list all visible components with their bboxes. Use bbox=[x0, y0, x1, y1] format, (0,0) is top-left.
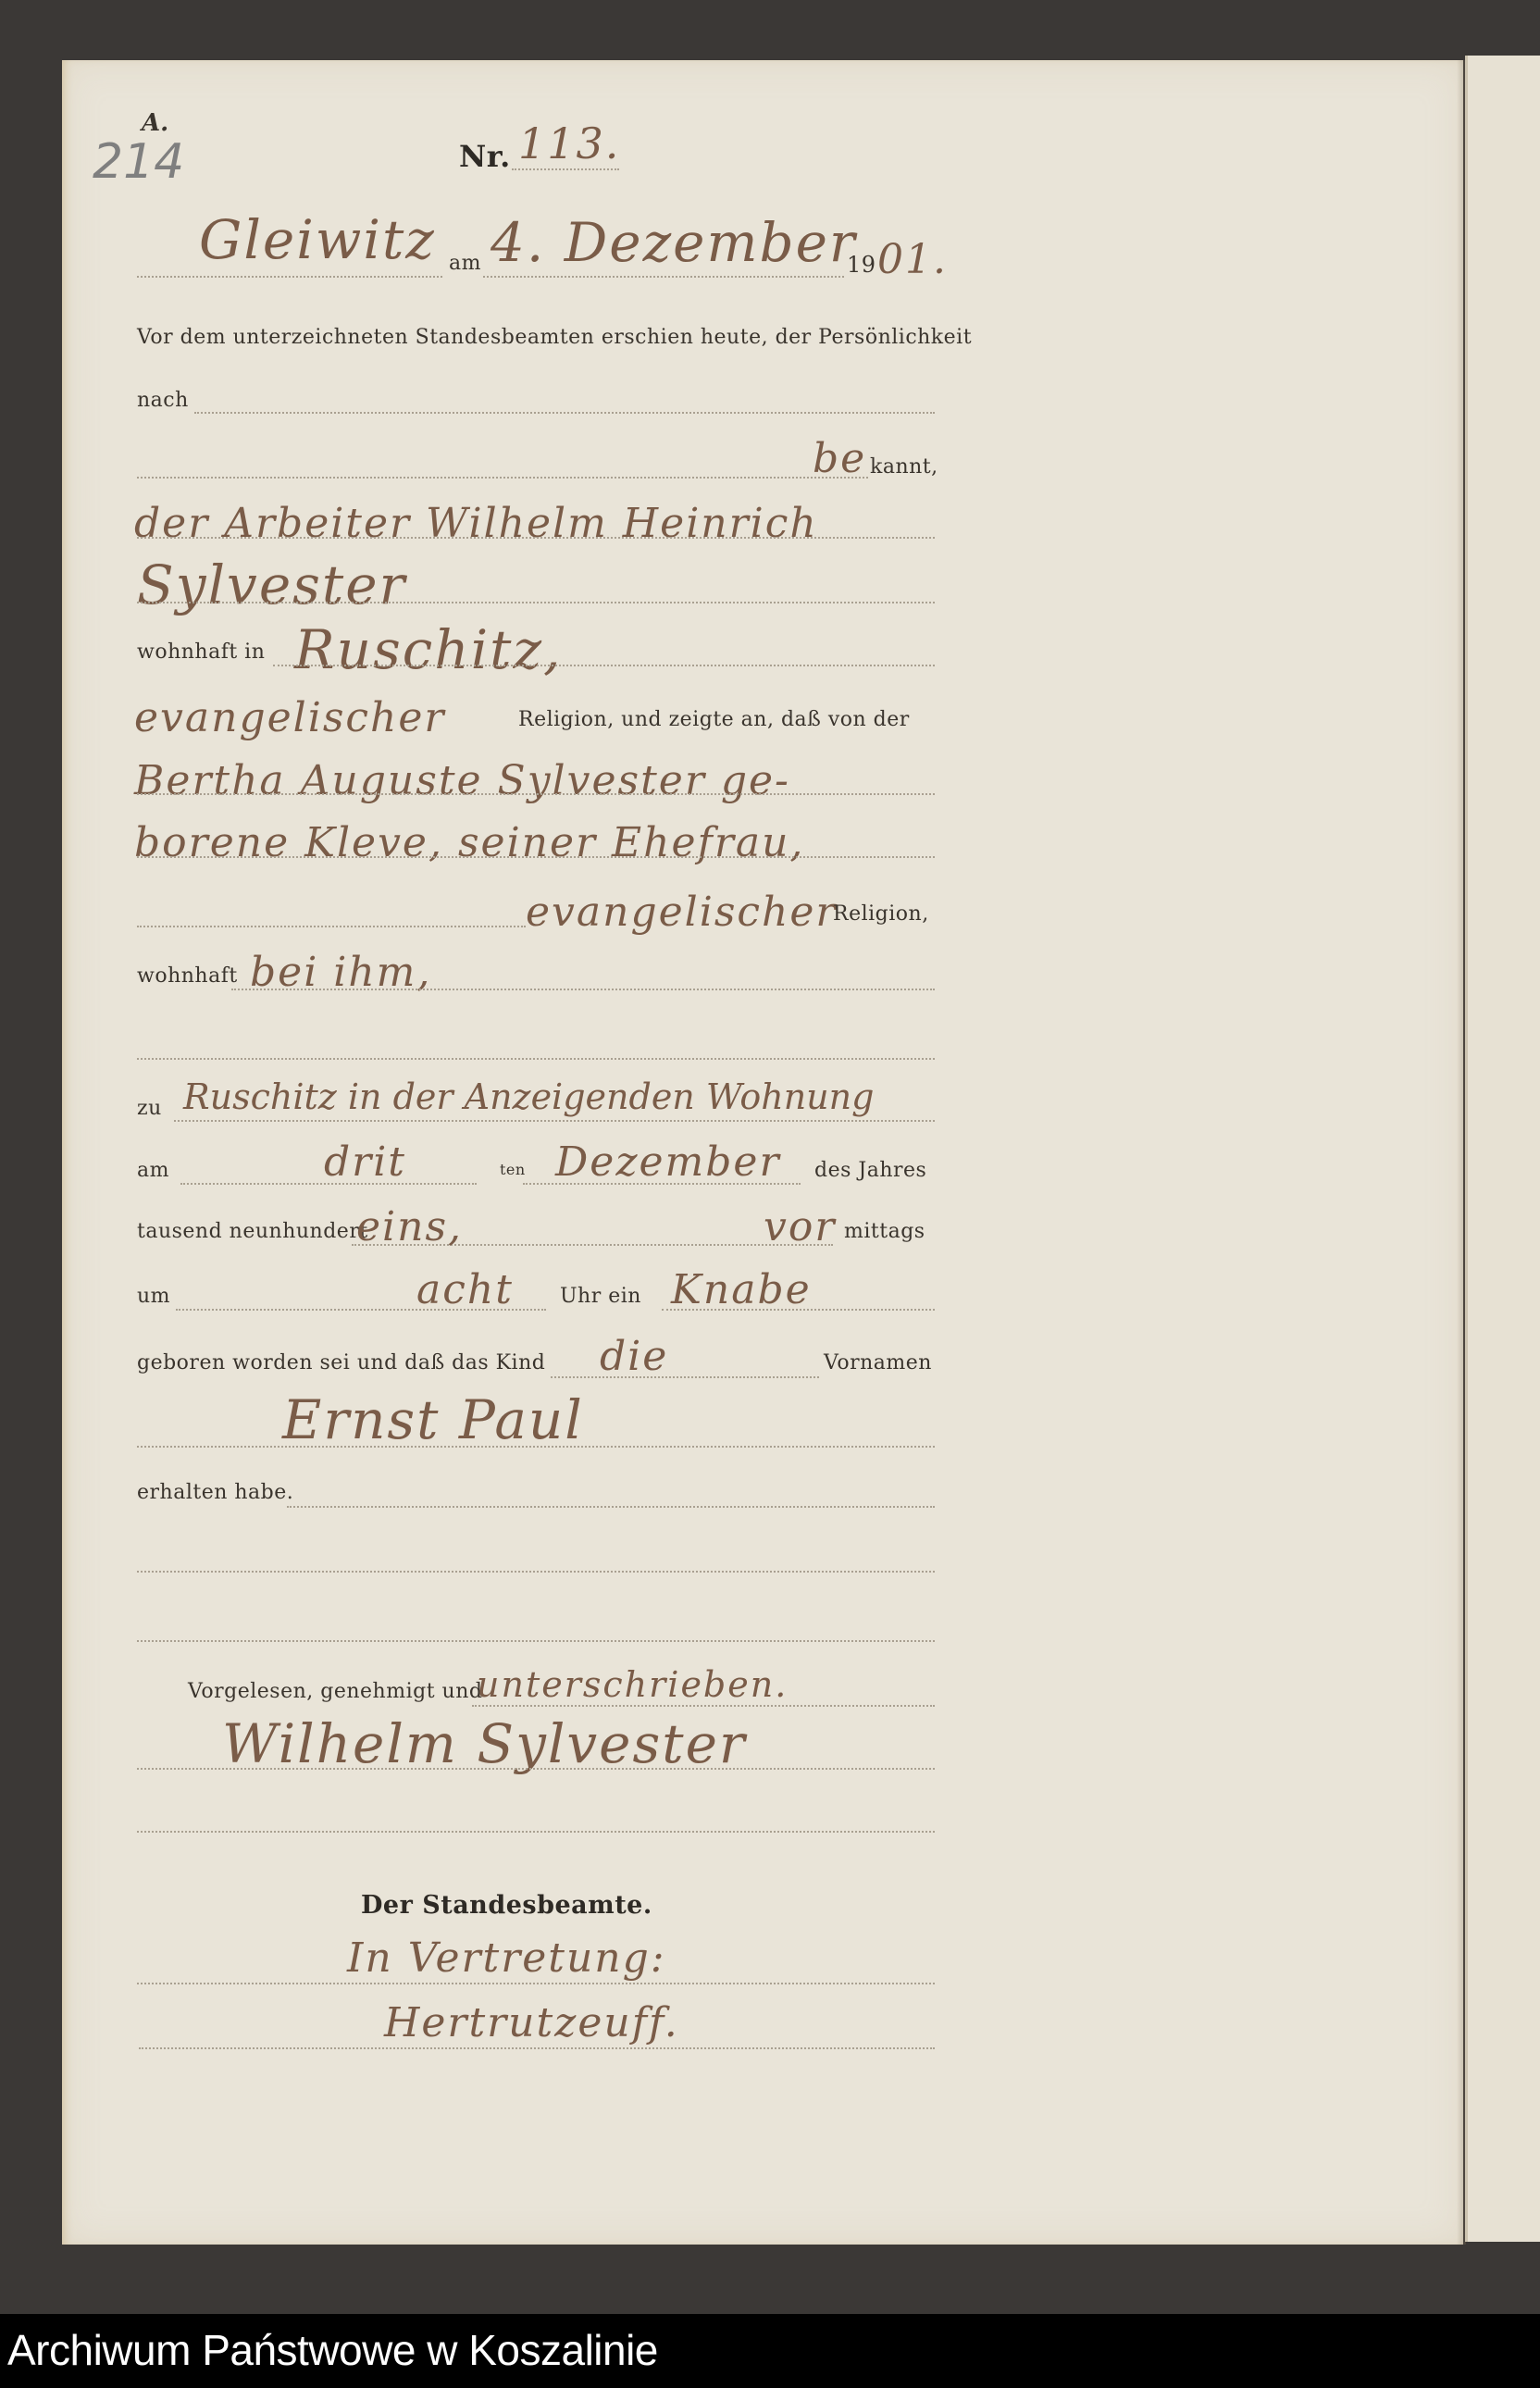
child-given-names: Ernst Paul bbox=[282, 1388, 584, 1451]
registry-date: 4. Dezember bbox=[491, 211, 857, 274]
record-number: 113. bbox=[518, 118, 620, 168]
bekannt-handwritten: be bbox=[813, 435, 866, 482]
unterschrieben-handwritten: unterschrieben. bbox=[477, 1664, 788, 1705]
dotted-line bbox=[137, 856, 935, 858]
dotted-line bbox=[137, 602, 935, 603]
archive-name: Archiwum Państwowe w Koszalinie bbox=[7, 2325, 658, 2375]
informant-signature: Wilhelm Sylvester bbox=[222, 1712, 747, 1775]
wohnhaft-label: wohnhaft bbox=[137, 964, 238, 988]
birth-year-word: eins, bbox=[356, 1203, 463, 1250]
des-jahres-label: des Jahres bbox=[814, 1159, 926, 1182]
dotted-line bbox=[174, 1120, 935, 1122]
archive-footer-bar: Archiwum Państwowe w Koszalinie bbox=[0, 2314, 1540, 2388]
nach-label: nach bbox=[137, 389, 189, 412]
dotted-line bbox=[231, 989, 935, 990]
form-letter: A. bbox=[142, 109, 168, 137]
dotted-line bbox=[472, 1705, 935, 1707]
vorgelesen-label: Vorgelesen, genehmigt und bbox=[188, 1680, 482, 1703]
dotted-line bbox=[137, 1571, 935, 1573]
erhalten-label: erhalten habe. bbox=[137, 1481, 293, 1504]
dotted-line bbox=[483, 276, 844, 278]
zu-label: zu bbox=[137, 1097, 162, 1120]
dotted-line bbox=[137, 1983, 935, 1984]
year-suffix: 01. bbox=[877, 236, 948, 283]
um-label: um bbox=[137, 1285, 170, 1308]
dotted-line bbox=[551, 1376, 819, 1378]
dotted-line bbox=[137, 926, 526, 927]
informant-name-line1: der Arbeiter Wilhelm Heinrich bbox=[134, 500, 818, 547]
mother-religion-label: Religion, bbox=[833, 902, 929, 926]
mother-name-line1: Bertha Auguste Sylvester ge- bbox=[134, 757, 790, 804]
die-handwritten: die bbox=[600, 1333, 668, 1380]
year-prefix: 19 bbox=[847, 252, 876, 278]
uhr-ein-label: Uhr ein bbox=[560, 1285, 641, 1308]
vornamen-label: Vornamen bbox=[824, 1351, 932, 1374]
informant-religion: evangelischer bbox=[134, 694, 445, 741]
geboren-label: geboren worden sei und daß das Kind bbox=[137, 1351, 545, 1374]
dotted-line bbox=[273, 665, 935, 666]
am-label: am bbox=[449, 252, 481, 275]
dotted-line bbox=[137, 793, 935, 795]
mother-religion: evangelischer bbox=[526, 889, 837, 936]
dotted-line bbox=[137, 1446, 935, 1448]
informant-residence: Ruschitz, bbox=[294, 618, 562, 681]
birth-hour: acht bbox=[416, 1266, 514, 1313]
ten-suffix: ten bbox=[500, 1161, 526, 1178]
mittags-label: mittags bbox=[844, 1220, 925, 1243]
religion-statement: Religion, und zeigte an, daß von der bbox=[518, 708, 910, 731]
intro-text: Vor dem unterzeichneten Standesbeamten e… bbox=[137, 326, 972, 349]
registrar-substitution: In Vertretung: bbox=[347, 1934, 666, 1982]
dotted-line bbox=[137, 537, 935, 539]
dotted-line bbox=[137, 1768, 935, 1770]
dotted-line bbox=[287, 1506, 935, 1508]
birth-month: Dezember bbox=[555, 1138, 781, 1186]
dotted-line bbox=[137, 1058, 935, 1060]
number-label: Nr. bbox=[459, 139, 511, 174]
registry-place: Gleiwitz bbox=[199, 208, 436, 271]
tausend-label: tausend neunhundert bbox=[137, 1220, 368, 1243]
archive-folio-number: 214 bbox=[93, 134, 184, 190]
birth-day: drit bbox=[324, 1138, 406, 1186]
dotted-line bbox=[194, 412, 935, 414]
birth-place: Ruschitz in der Anzeigenden Wohnung bbox=[183, 1076, 874, 1117]
dotted-line bbox=[137, 477, 868, 479]
registrar-signature: Hertrutzeuff. bbox=[384, 1999, 679, 2046]
dotted-line bbox=[137, 1640, 935, 1642]
dotted-line bbox=[139, 2047, 935, 2049]
bekannt-printed: kannt, bbox=[870, 455, 938, 479]
mother-name-line2: borene Kleve, seiner Ehefrau, bbox=[134, 819, 804, 866]
dotted-line bbox=[137, 1831, 935, 1833]
informant-name-line2: Sylvester bbox=[137, 553, 406, 616]
dotted-line bbox=[512, 168, 619, 170]
child-sex: Knabe bbox=[671, 1266, 812, 1313]
wohnhaft-in-label: wohnhaft in bbox=[137, 641, 265, 664]
am-label-birth: am bbox=[137, 1159, 169, 1182]
adjacent-page-edge bbox=[1465, 56, 1540, 2242]
vor-handwritten: vor bbox=[764, 1203, 836, 1250]
registrar-heading: Der Standesbeamte. bbox=[361, 1891, 652, 1920]
dotted-line bbox=[137, 276, 442, 278]
